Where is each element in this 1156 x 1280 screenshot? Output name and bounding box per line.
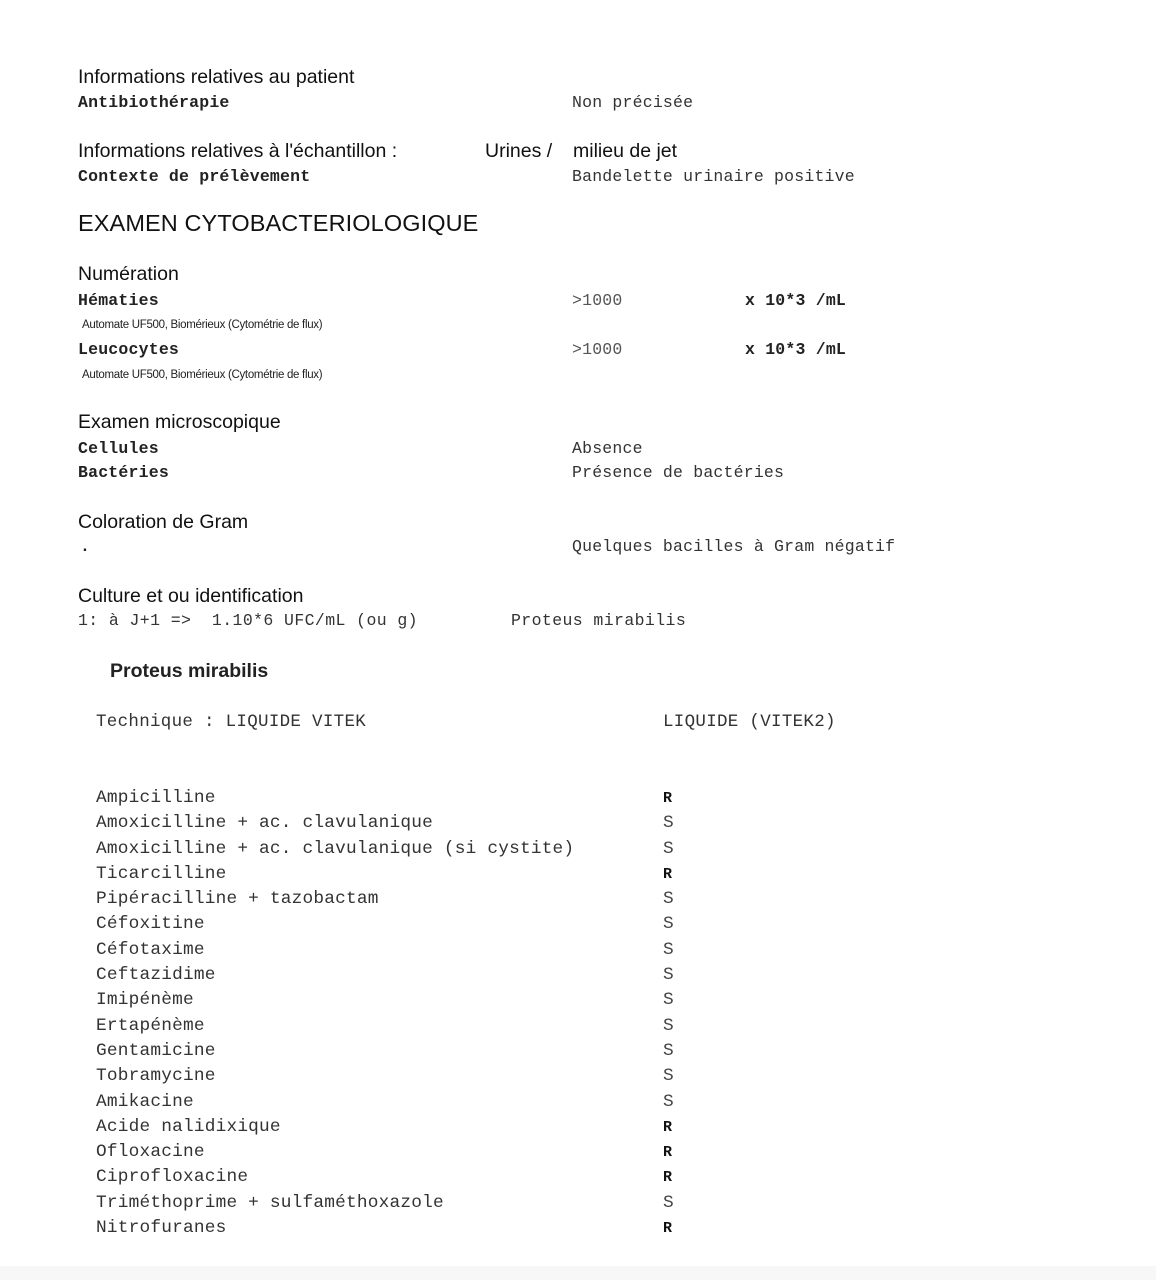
cells-value: Absence xyxy=(572,439,643,458)
technique-value: LIQUIDE (VITEK2) xyxy=(663,712,836,732)
susceptibility-result: S xyxy=(663,965,674,985)
antibiotic-name: Ceftazidime xyxy=(96,965,216,985)
antibiotic-name: Gentamicine xyxy=(96,1041,216,1061)
susceptibility-result: R xyxy=(663,1169,672,1186)
antibiotic-name: Amoxicilline + ac. clavulanique (si cyst… xyxy=(96,839,574,859)
antibiotic-name: Ciprofloxacine xyxy=(96,1167,248,1187)
susceptibility-result: S xyxy=(663,1066,674,1086)
microscopy-heading: Examen microscopique xyxy=(78,411,281,434)
antibiotic-name: Imipénème xyxy=(96,990,194,1010)
susceptibility-result: S xyxy=(663,839,674,859)
antibiotic-row: GentamicineS xyxy=(96,1041,916,1066)
hematies-value: >1000 xyxy=(572,291,623,310)
patient-info-heading: Informations relatives au patient xyxy=(78,66,354,89)
sample-subtype: milieu de jet xyxy=(573,140,677,163)
antibiotic-row: NitrofuranesR xyxy=(96,1218,916,1243)
antibiotic-row: CeftazidimeS xyxy=(96,965,916,990)
antibiotic-name: Ertapénème xyxy=(96,1016,205,1036)
gram-value: Quelques bacilles à Gram négatif xyxy=(572,537,895,556)
susceptibility-result: S xyxy=(663,813,674,833)
leucocytes-method-note: Automate UF500, Biomérieux (Cytométrie d… xyxy=(82,369,322,381)
leucocytes-unit: x 10*3 /mL xyxy=(745,340,846,359)
antibiotic-name: Triméthoprime + sulfaméthoxazole xyxy=(96,1193,444,1213)
antibiotic-name: Ampicilline xyxy=(96,788,216,808)
susceptibility-result: S xyxy=(663,1041,674,1061)
antibiotic-row: ErtapénèmeS xyxy=(96,1016,916,1041)
culture-heading: Culture et ou identification xyxy=(78,585,303,608)
bacteria-label: Bactéries xyxy=(78,463,169,482)
antibiotic-name: Ticarcilline xyxy=(96,864,226,884)
antibiotic-row: TicarcillineR xyxy=(96,864,916,889)
antibiotic-row: CiprofloxacineR xyxy=(96,1167,916,1192)
sampling-context-value: Bandelette urinaire positive xyxy=(572,167,855,186)
antibiotic-row: Amoxicilline + ac. clavulanique (si cyst… xyxy=(96,839,916,864)
bacteria-value: Présence de bactéries xyxy=(572,463,784,482)
sample-type: Urines / xyxy=(485,140,552,163)
cells-label: Cellules xyxy=(78,439,159,458)
antibiotic-list: AmpicillineRAmoxicilline + ac. clavulani… xyxy=(96,788,916,1243)
hematies-unit: x 10*3 /mL xyxy=(745,291,846,310)
antibiotic-name: Céfotaxime xyxy=(96,940,205,960)
antibiotic-row: Pipéracilline + tazobactamS xyxy=(96,889,916,914)
exam-title: EXAMEN CYTOBACTERIOLOGIQUE xyxy=(78,210,478,237)
antibiotic-name: Amoxicilline + ac. clavulanique xyxy=(96,813,433,833)
page-bottom-edge xyxy=(0,1266,1156,1280)
antibiotic-row: Amoxicilline + ac. clavulaniqueS xyxy=(96,813,916,838)
antibiotic-name: Pipéracilline + tazobactam xyxy=(96,889,379,909)
susceptibility-result: R xyxy=(663,1144,672,1161)
antibiotic-row: CéfotaximeS xyxy=(96,940,916,965)
susceptibility-result: S xyxy=(663,940,674,960)
susceptibility-result: S xyxy=(663,990,674,1010)
susceptibility-result: R xyxy=(663,866,672,883)
leucocytes-value: >1000 xyxy=(572,340,623,359)
antibiogram: Technique : LIQUIDE VITEK LIQUIDE (VITEK… xyxy=(96,712,916,740)
antibiotic-name: Amikacine xyxy=(96,1092,194,1112)
antibiotic-row: OfloxacineR xyxy=(96,1142,916,1167)
susceptibility-result: R xyxy=(663,790,672,807)
antibiotic-row: ImipénèmeS xyxy=(96,990,916,1015)
antibiotic-row: AmpicillineR xyxy=(96,788,916,813)
antibiotic-name: Ofloxacine xyxy=(96,1142,205,1162)
technique-label: Technique : LIQUIDE VITEK xyxy=(96,712,366,732)
leucocytes-label: Leucocytes xyxy=(78,340,179,359)
antibiotic-row: TobramycineS xyxy=(96,1066,916,1091)
sampling-context-label: Contexte de prélèvement xyxy=(78,167,310,186)
susceptibility-result: S xyxy=(663,1193,674,1213)
antibiotic-row: Acide nalidixiqueR xyxy=(96,1117,916,1142)
antibiotic-row: CéfoxitineS xyxy=(96,914,916,939)
antibiotherapy-value: Non précisée xyxy=(572,93,693,112)
antibiotic-name: Acide nalidixique xyxy=(96,1117,281,1137)
sample-info-heading: Informations relatives à l'échantillon : xyxy=(78,140,397,163)
antibiotic-name: Nitrofuranes xyxy=(96,1218,226,1238)
antibiotherapy-label: Antibiothérapie xyxy=(78,93,230,112)
susceptibility-result: S xyxy=(663,914,674,934)
susceptibility-result: S xyxy=(663,1016,674,1036)
susceptibility-result: R xyxy=(663,1220,672,1237)
antibiogram-organism-title: Proteus mirabilis xyxy=(110,660,268,683)
antibiotic-row: AmikacineS xyxy=(96,1092,916,1117)
antibiotic-name: Tobramycine xyxy=(96,1066,216,1086)
culture-result-line: 1: à J+1 => 1.10*6 UFC/mL (ou g) xyxy=(78,611,418,630)
gram-heading: Coloration de Gram xyxy=(78,511,248,534)
culture-organism: Proteus mirabilis xyxy=(511,611,686,630)
gram-label: . xyxy=(80,537,90,556)
hematies-method-note: Automate UF500, Biomérieux (Cytométrie d… xyxy=(82,319,322,331)
numeration-heading: Numération xyxy=(78,263,179,286)
antibiotic-name: Céfoxitine xyxy=(96,914,205,934)
susceptibility-result: S xyxy=(663,889,674,909)
susceptibility-result: R xyxy=(663,1119,672,1136)
technique-row: Technique : LIQUIDE VITEK LIQUIDE (VITEK… xyxy=(96,712,916,740)
susceptibility-result: S xyxy=(663,1092,674,1112)
antibiotic-row: Triméthoprime + sulfaméthoxazoleS xyxy=(96,1193,916,1218)
hematies-label: Hématies xyxy=(78,291,159,310)
